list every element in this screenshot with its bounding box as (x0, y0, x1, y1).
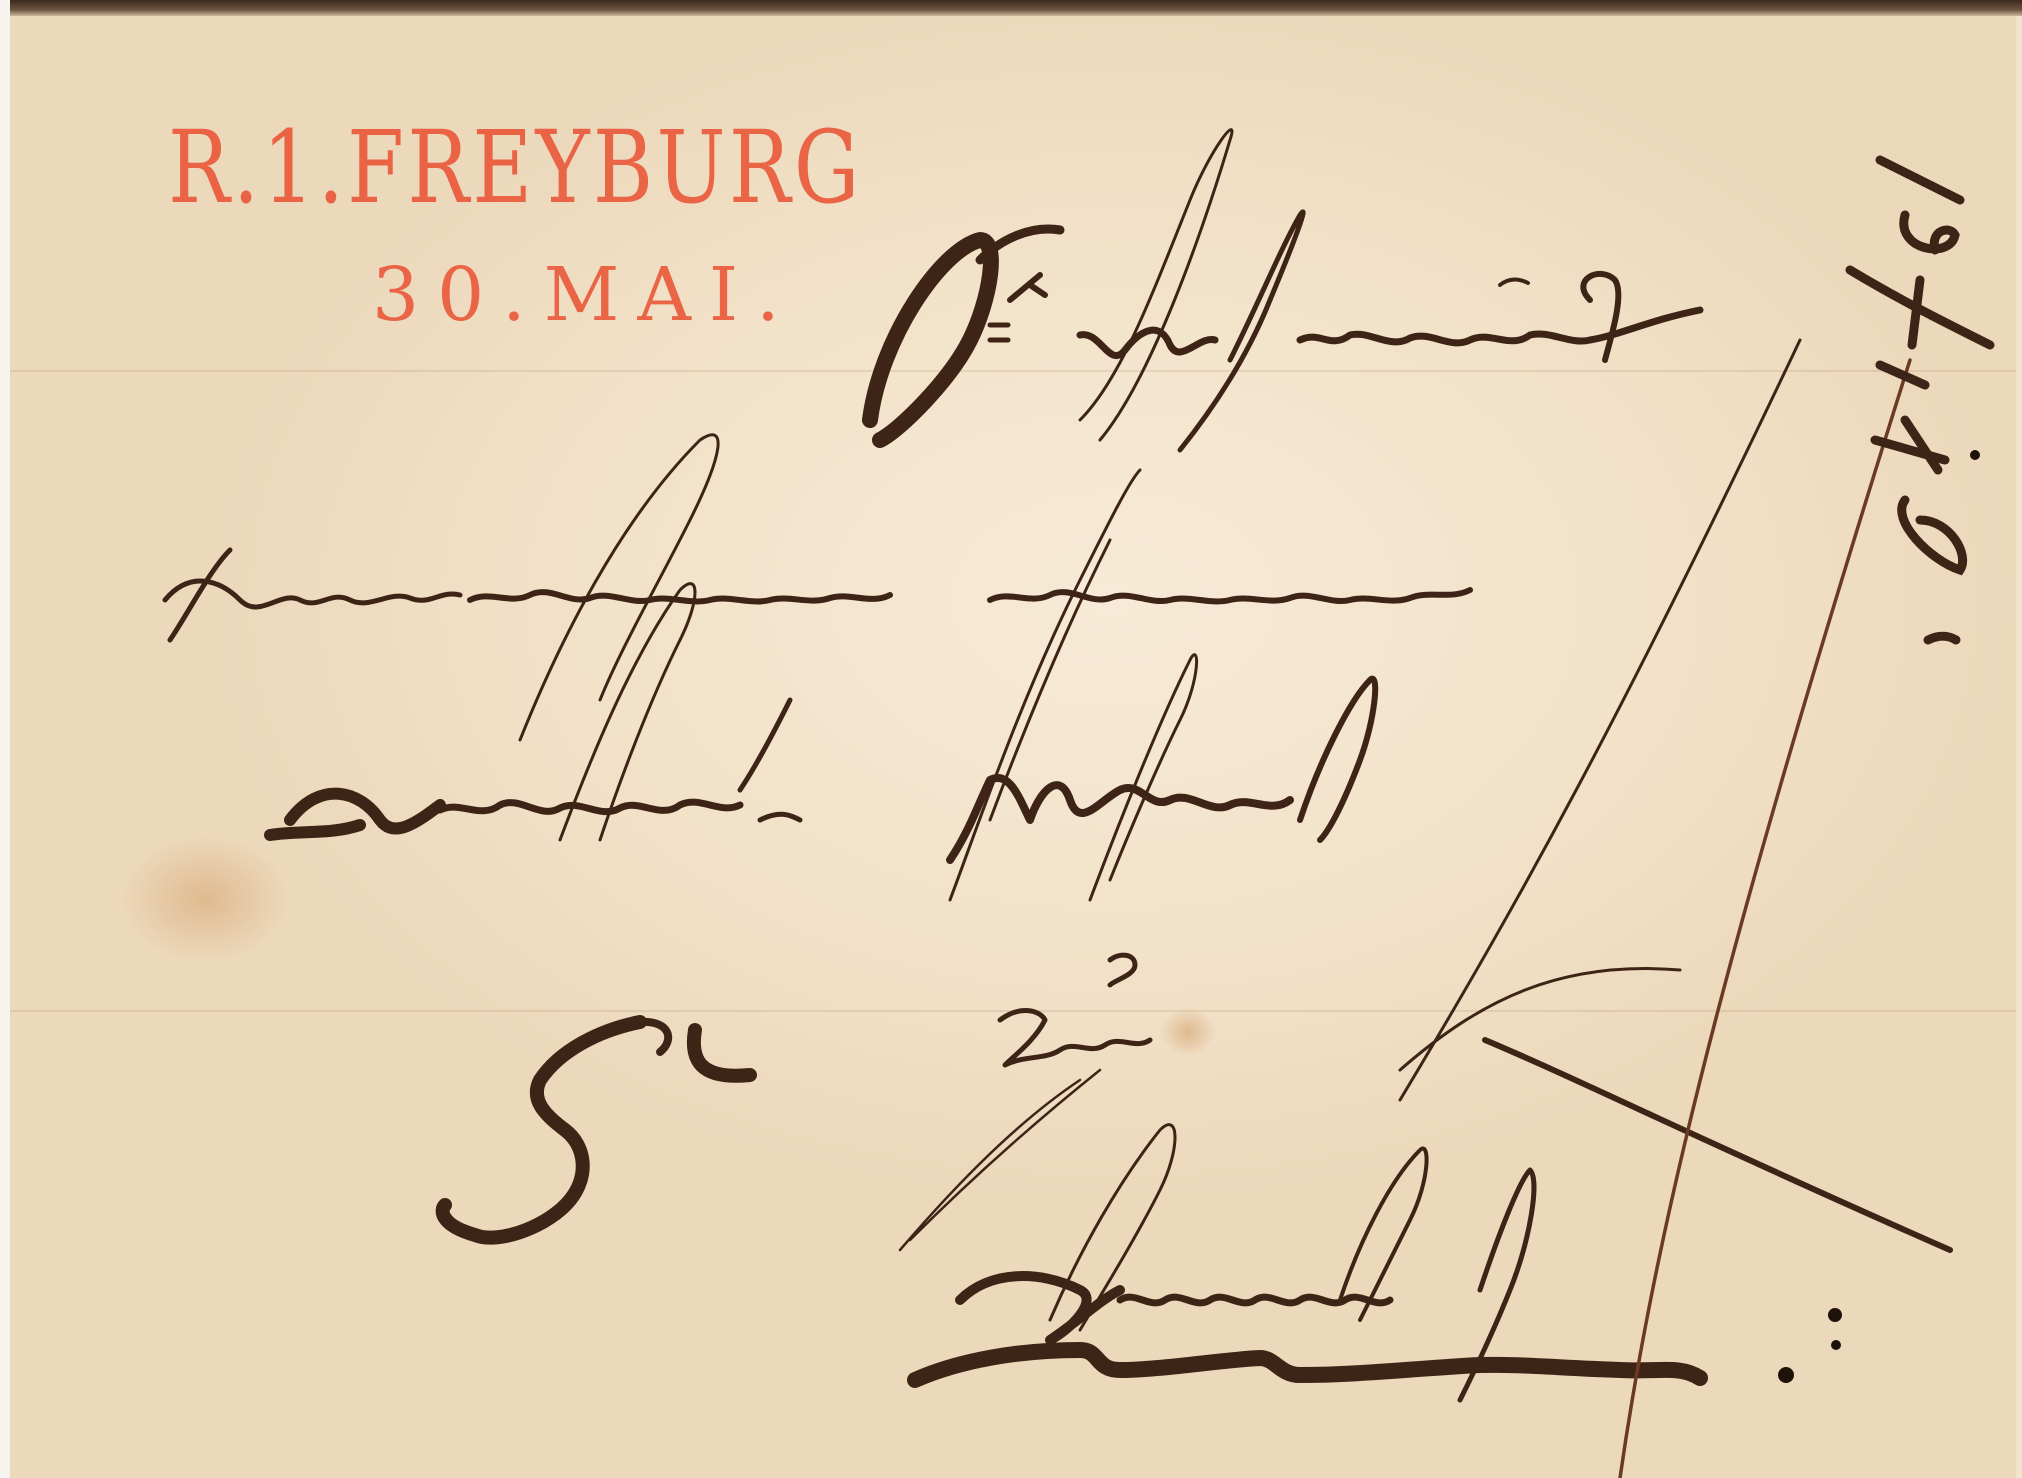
side-annotation-strokes (0, 0, 2022, 1478)
